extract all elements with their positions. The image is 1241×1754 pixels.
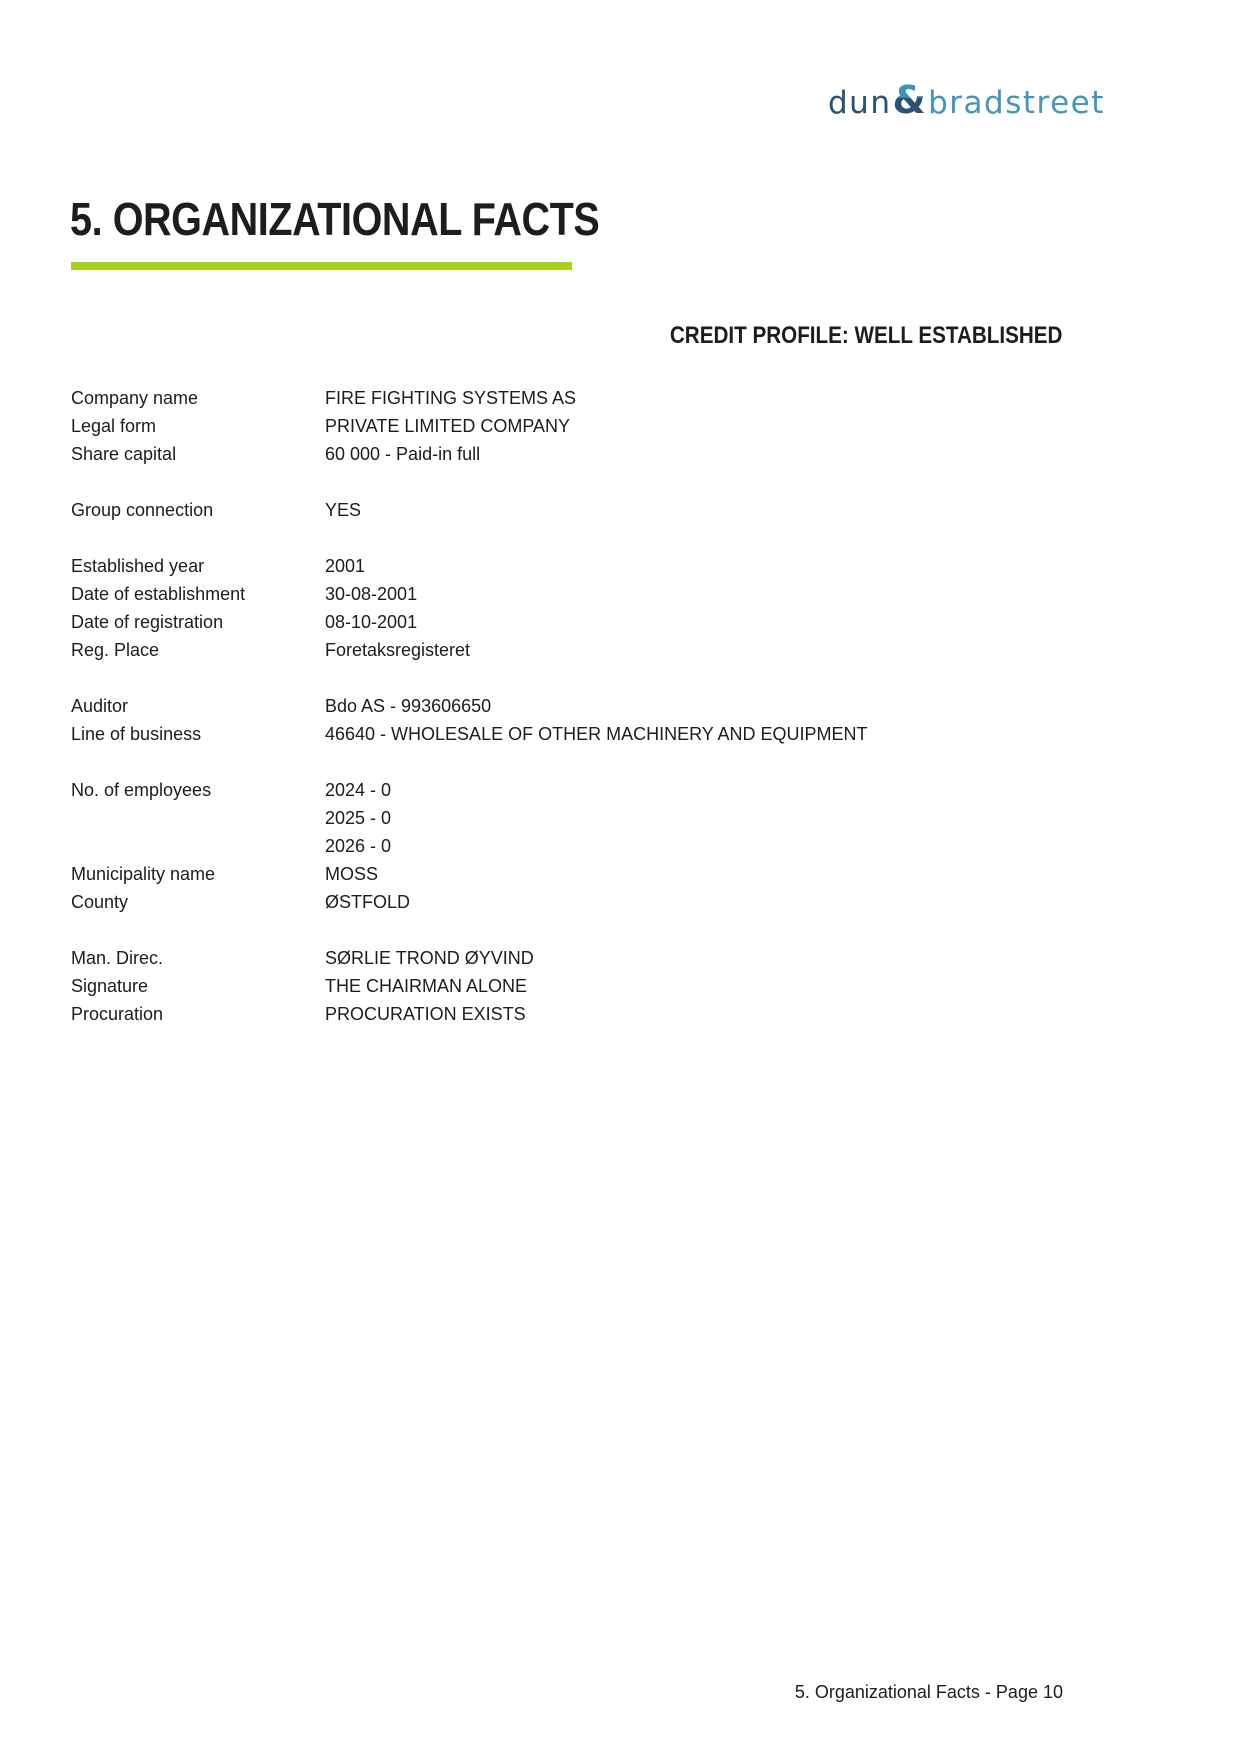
fact-value: ØSTFOLD [325, 888, 410, 916]
page-footer: 5. Organizational Facts - Page 10 [795, 1680, 1063, 1704]
fact-value: 2026 - 0 [325, 832, 391, 860]
fact-value: PRIVATE LIMITED COMPANY [325, 412, 570, 440]
fact-label: County [71, 888, 325, 916]
fact-value: 2001 [325, 552, 365, 580]
fact-label: Signature [71, 972, 325, 1000]
fact-label: No. of employees [71, 776, 325, 804]
fact-value: PROCURATION EXISTS [325, 1000, 526, 1028]
fact-label: Auditor [71, 692, 325, 720]
fact-label: Municipality name [71, 860, 325, 888]
fact-value: 2024 - 0 [325, 776, 391, 804]
fact-label: Legal form [71, 412, 325, 440]
fact-row-municipality-name: Municipality name MOSS [71, 860, 1071, 888]
fact-row-employees-continued: 2026 - 0 [71, 832, 1071, 860]
fact-row-reg-place: Reg. Place Foretaksregisteret [71, 636, 1071, 664]
fact-row-legal-form: Legal form PRIVATE LIMITED COMPANY [71, 412, 1071, 440]
logo-text-bradstreet: bradstreet [928, 85, 1105, 121]
fact-value: SØRLIE TROND ØYVIND [325, 944, 534, 972]
fact-row-auditor: Auditor Bdo AS - 993606650 [71, 692, 1071, 720]
fact-value: MOSS [325, 860, 378, 888]
fact-label: Date of registration [71, 608, 325, 636]
fact-row-employees-continued: 2025 - 0 [71, 804, 1071, 832]
fact-label: Established year [71, 552, 325, 580]
fact-row-employees: No. of employees 2024 - 0 [71, 776, 1071, 804]
fact-label: Man. Direc. [71, 944, 325, 972]
fact-row-line-of-business: Line of business 46640 - WHOLESALE OF OT… [71, 720, 1071, 748]
fact-row-date-of-establishment: Date of establishment 30-08-2001 [71, 580, 1071, 608]
fact-value: 46640 - WHOLESALE OF OTHER MACHINERY AND… [325, 720, 867, 748]
fact-value: 08-10-2001 [325, 608, 417, 636]
fact-label: Date of establishment [71, 580, 325, 608]
fact-label: Reg. Place [71, 636, 325, 664]
logo-text-dun: dun [828, 85, 891, 121]
fact-label-empty [71, 804, 325, 832]
fact-label: Share capital [71, 440, 325, 468]
logo-ampersand-icon: && [892, 78, 927, 122]
fact-label: Company name [71, 384, 325, 412]
page-title: 5. ORGANIZATIONAL FACTS [70, 193, 599, 245]
fact-value: THE CHAIRMAN ALONE [325, 972, 527, 1000]
fact-label: Group connection [71, 496, 325, 524]
organizational-facts-table: Company name FIRE FIGHTING SYSTEMS AS Le… [71, 384, 1071, 1028]
fact-row-signature: Signature THE CHAIRMAN ALONE [71, 972, 1071, 1000]
fact-value: Foretaksregisteret [325, 636, 470, 664]
fact-row-established-year: Established year 2001 [71, 552, 1071, 580]
dun-bradstreet-logo: dun && bradstreet [828, 78, 1105, 122]
fact-value: Bdo AS - 993606650 [325, 692, 491, 720]
fact-value: FIRE FIGHTING SYSTEMS AS [325, 384, 576, 412]
credit-profile-heading: CREDIT PROFILE: WELL ESTABLISHED [669, 322, 1062, 350]
fact-row-county: County ØSTFOLD [71, 888, 1071, 916]
fact-value: 2025 - 0 [325, 804, 391, 832]
fact-row-company-name: Company name FIRE FIGHTING SYSTEMS AS [71, 384, 1071, 412]
fact-row-procuration: Procuration PROCURATION EXISTS [71, 1000, 1071, 1028]
title-underline-rule [71, 262, 572, 270]
fact-label: Procuration [71, 1000, 325, 1028]
fact-row-share-capital: Share capital 60 000 - Paid-in full [71, 440, 1071, 468]
fact-row-group-connection: Group connection YES [71, 496, 1071, 524]
fact-label: Line of business [71, 720, 325, 748]
fact-row-date-of-registration: Date of registration 08-10-2001 [71, 608, 1071, 636]
fact-value: 60 000 - Paid-in full [325, 440, 480, 468]
fact-row-managing-director: Man. Direc. SØRLIE TROND ØYVIND [71, 944, 1071, 972]
fact-label-empty [71, 832, 325, 860]
fact-value: YES [325, 496, 361, 524]
fact-value: 30-08-2001 [325, 580, 417, 608]
